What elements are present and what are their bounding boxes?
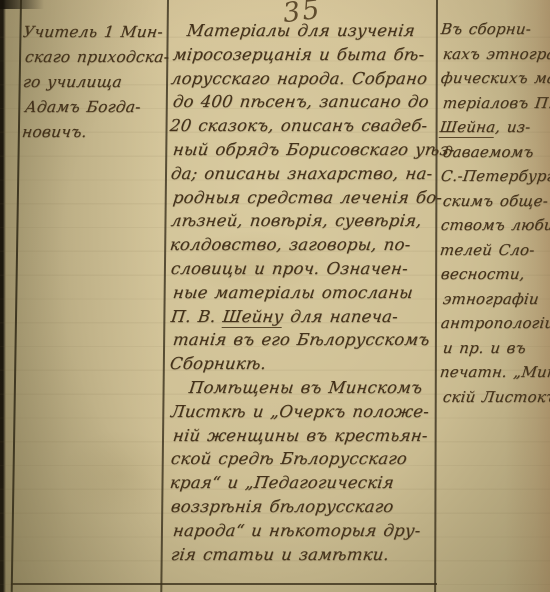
handwritten-text-line: воззрѣнія бѣлорусскаго — [170, 495, 435, 519]
handwritten-text-line: Листкѣ и „Очеркъ положе- — [170, 400, 435, 424]
handwritten-text-line: ній женщины въ крестьян- — [172, 424, 435, 448]
handwritten-text-line: 20 сказокъ, описанъ свадеб- — [169, 114, 435, 138]
handwritten-text-line: Матеріалы для изученія — [170, 19, 435, 43]
handwritten-text-line: скій Листокъ“. — [441, 385, 546, 410]
handwritten-text-line: лѣзней, повѣрія, суевѣрія, — [170, 209, 435, 233]
column-publication-note-handwriting: Въ сборни-кахъ этногра-фическихъ ма-тері… — [441, 17, 545, 409]
handwritten-text-line: скимъ обще- — [441, 189, 546, 214]
handwritten-text-line: Учитель 1 Мин- — [21, 20, 164, 45]
manuscript-page: 35 Учитель 1 Мин-скаго приходска-го учил… — [0, 0, 550, 592]
handwritten-text-line: С.-Петербург- — [439, 164, 546, 189]
handwritten-text-line: лорусскаго народа. Собрано — [170, 67, 435, 91]
column-author-handwriting: Учитель 1 Мин-скаго приходска-го училища… — [23, 20, 163, 145]
handwritten-text-line: антропологіи — [439, 311, 546, 336]
handwritten-text-line: этнографіи — [441, 287, 546, 312]
handwritten-text-line: и пр. и въ — [441, 336, 546, 361]
handwritten-text-line: міросозерцанія и быта бѣ- — [172, 43, 435, 67]
handwritten-text-line: ской средѣ Бѣлорусскаго — [170, 447, 435, 471]
handwritten-text-line: словицы и проч. Означен- — [170, 257, 435, 281]
handwritten-text-line: теріаловъ П. В. — [441, 91, 546, 116]
handwritten-text-line: ный обрядъ Борисовскаго уѣз- — [172, 138, 435, 162]
handwritten-text-line: Сборникѣ. — [169, 352, 435, 376]
underlined-word: Шейна — [439, 118, 497, 138]
handwritten-text-line: родныя средства леченія бо- — [172, 186, 435, 210]
handwritten-text-line: ствомъ люби- — [439, 213, 546, 238]
handwritten-text-line: телей Сло- — [438, 238, 546, 263]
handwritten-text-line: П. В. Шейну для напеча- — [170, 305, 435, 329]
handwritten-text-line: Въ сборни- — [439, 17, 546, 42]
handwritten-text-line: Шейна, из- — [438, 115, 546, 140]
ruled-line-bottom — [11, 583, 437, 585]
handwritten-text-line: печатн. „Мин- — [438, 360, 546, 385]
handwritten-text-line: го училища — [21, 70, 164, 95]
handwritten-text-line: народа“ и нѣкоторыя дру- — [172, 519, 435, 543]
handwritten-text-line: ные матеріалы отосланы — [172, 281, 435, 305]
underlined-word: Шейну — [221, 307, 284, 328]
handwritten-text-line: да; описаны знахарство, на- — [170, 162, 435, 186]
handwritten-text-line: даваемомъ — [441, 140, 546, 165]
scan-dark-corner — [0, 0, 48, 9]
handwritten-text-line: весности, — [439, 262, 546, 287]
handwritten-text-line: новичъ. — [20, 120, 164, 145]
handwritten-text-line: края“ и „Педагогическія — [169, 471, 435, 495]
column-materials-description-handwriting: Матеріалы для изученіяміросозерцанія и б… — [171, 19, 433, 566]
handwritten-text-line: Адамъ Богда- — [23, 95, 164, 120]
handwritten-text-line: скаго приходска- — [23, 45, 164, 70]
handwritten-text-line: гія статьи и замѣтки. — [170, 543, 435, 567]
handwritten-text-line: танія въ его Бѣлорусскомъ — [172, 328, 435, 352]
column-divider-right — [434, 0, 437, 592]
handwritten-text-line: Помѣщены въ Минскомъ — [172, 376, 435, 400]
handwritten-text-line: фическихъ ма- — [439, 66, 546, 91]
handwritten-text-line: кахъ этногра- — [441, 42, 546, 67]
handwritten-text-line: колдовство, заговоры, по- — [169, 233, 435, 257]
handwritten-text-line: до 400 пѣсенъ, записано до — [172, 90, 435, 114]
ruled-line-left-margin — [11, 0, 22, 592]
